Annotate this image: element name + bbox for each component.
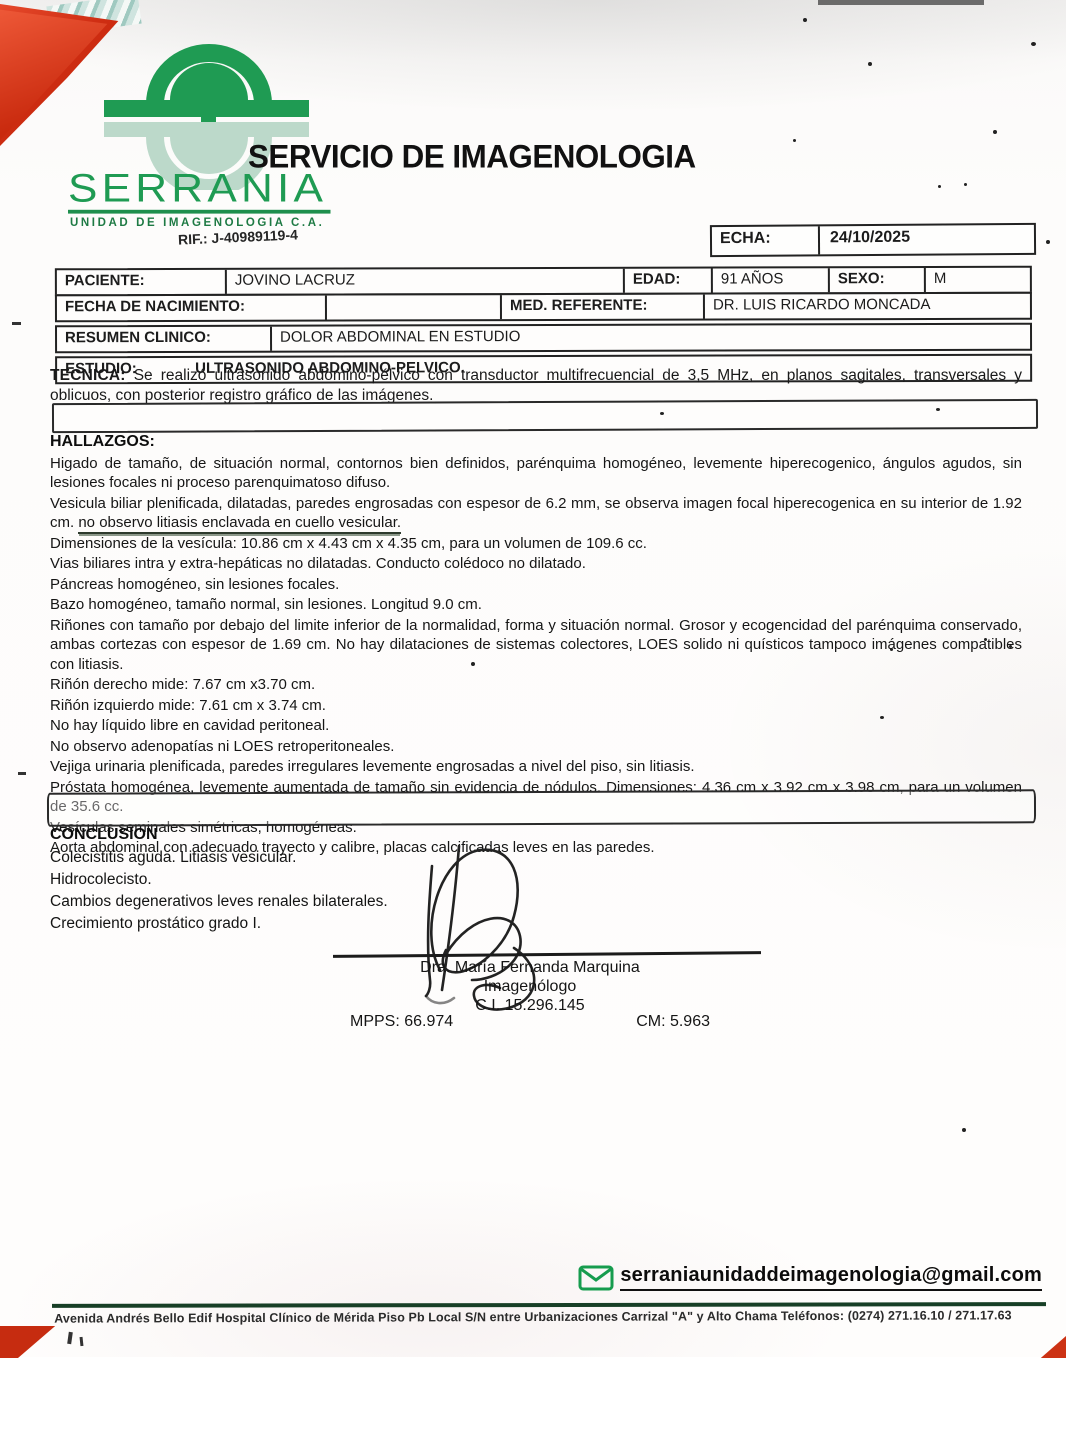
resumen-value: DOLOR ABDOMINAL EN ESTUDIO — [270, 325, 1030, 351]
finding-vesicula-underlined: no observo litiasis enclavada en cuello … — [78, 514, 401, 534]
resumen-label: RESUMEN CLINICO: — [57, 327, 270, 352]
scan-speck — [984, 638, 987, 641]
table-row-paciente: PACIENTE: JOVINO LACRUZ EDAD: 91 AÑOS SE… — [55, 266, 1032, 297]
fecha-box: ECHA: 24/10/2025 — [710, 223, 1036, 257]
signature-block: Dra. María Fernanda Marquina Imagenólogo… — [360, 958, 700, 1015]
scan-speck — [938, 185, 941, 188]
scan-speck — [1009, 645, 1012, 648]
finding-pancreas: Páncreas homogéneo, sin lesiones focales… — [50, 575, 1022, 595]
hallazgos-heading: HALLAZGOS: — [50, 432, 1022, 452]
doctor-cm: CM: 5.963 — [636, 1013, 710, 1031]
doctor-registrations: MPPS: 66.974 CM: 5.963 — [350, 1013, 710, 1031]
envelope-icon — [578, 1265, 614, 1291]
table-row-resumen: RESUMEN CLINICO: DOLOR ABDOMINAL EN ESTU… — [55, 323, 1032, 354]
scan-speck — [962, 1128, 966, 1132]
nacimiento-label: FECHA DE NACIMIENTO: — [57, 296, 325, 321]
referente-label: MED. REFERENTE: — [500, 295, 703, 320]
tecnica-label: TECNICA: — [50, 367, 126, 384]
scan-speck — [1031, 42, 1036, 46]
scan-speck — [890, 648, 893, 651]
empty-field-box — [52, 399, 1038, 433]
scan-edge-artifact — [818, 0, 984, 5]
finding-dimensiones: Dimensiones de la vesícula: 10.86 cm x 4… — [50, 534, 1022, 554]
conclusion-item: Crecimiento prostático grado I. — [50, 913, 690, 934]
scan-speck — [1046, 240, 1050, 244]
fecha-label: ECHA: — [712, 226, 820, 255]
edad-label: EDAD: — [623, 269, 711, 293]
edad-value: 91 AÑOS — [711, 268, 828, 292]
paciente-label: PACIENTE: — [57, 270, 225, 294]
tecnica-text: Se realizó ultrasonido abdomino-pélvico … — [50, 367, 1022, 404]
finding-adenopatias: No observo adenopatías ni LOES retroperi… — [50, 737, 1022, 757]
finding-bazo: Bazo homogéneo, tamaño normal, sin lesio… — [50, 595, 1022, 615]
page-title: SERVICIO DE IMAGENOLOGIA — [248, 138, 797, 176]
paciente-value: JOVINO LACRUZ — [225, 269, 623, 294]
finding-rinones: Riñones con tamaño por debajo del limite… — [50, 616, 1022, 675]
doctor-name: Dra. María Fernanda Marquina — [360, 958, 700, 977]
scan-speck — [471, 662, 475, 666]
contact-email-row: serraniaunidaddeimagenologia@gmail.com — [0, 1264, 1042, 1296]
doctor-mpps: MPPS: 66.974 — [350, 1013, 453, 1031]
sexo-value: M — [924, 268, 1030, 292]
conclusion-heading: CONCLUSION — [50, 824, 690, 845]
scan-speck — [936, 408, 940, 411]
finding-rinon-derecho: Riñón derecho mide: 7.67 cm x3.70 cm. — [50, 675, 1022, 695]
finding-rinon-izquierdo: Riñón izquierdo mide: 7.61 cm x 3.74 cm. — [50, 696, 1022, 716]
conclusion-item: Colecistitis aguda. Litiasis vesicular. — [50, 847, 690, 868]
scan-mark — [12, 322, 21, 325]
conclusion-item: Hidrocolecisto. — [50, 869, 690, 890]
empty-field-box — [47, 789, 1036, 826]
fecha-value: 24/10/2025 — [820, 225, 1034, 254]
contact-email: serraniaunidaddeimagenologia@gmail.com — [620, 1264, 1042, 1291]
scan-speck — [993, 130, 997, 134]
finding-vesicula: Vesicula biliar plenificada, dilatadas, … — [50, 494, 1022, 533]
scanned-ultrasound-report: SERRANIA UNIDAD DE IMAGENOLOGIA C.A. RIF… — [0, 0, 1066, 1431]
scan-speck — [803, 18, 807, 22]
table-row-nacimiento: FECHA DE NACIMIENTO: MED. REFERENTE: DR.… — [55, 292, 1032, 323]
nacimiento-value — [325, 295, 500, 319]
scan-speck — [793, 139, 796, 142]
finding-vejiga: Vejiga urinaria plenificada, paredes irr… — [50, 757, 1022, 777]
doctor-role: Imagenólogo — [360, 977, 700, 996]
referente-value: DR. LUIS RICARDO MONCADA — [703, 294, 1030, 319]
conclusion-section: CONCLUSION Colecistitis aguda. Litiasis … — [50, 824, 690, 935]
scan-speck — [964, 183, 967, 186]
scan-speck — [868, 62, 872, 66]
finding-vias-biliares: Vias biliares intra y extra-hepáticas no… — [50, 554, 1022, 574]
scan-speck — [660, 412, 664, 415]
scan-mark — [18, 772, 26, 775]
finding-liquido-libre: No hay líquido libre en cavidad peritone… — [50, 716, 1022, 736]
finding-higado: Higado de tamaño, de situación normal, c… — [50, 454, 1022, 493]
sexo-label: SEXO: — [828, 268, 924, 292]
scan-speck — [880, 716, 884, 719]
conclusion-item: Cambios degenerativos leves renales bila… — [50, 891, 690, 912]
